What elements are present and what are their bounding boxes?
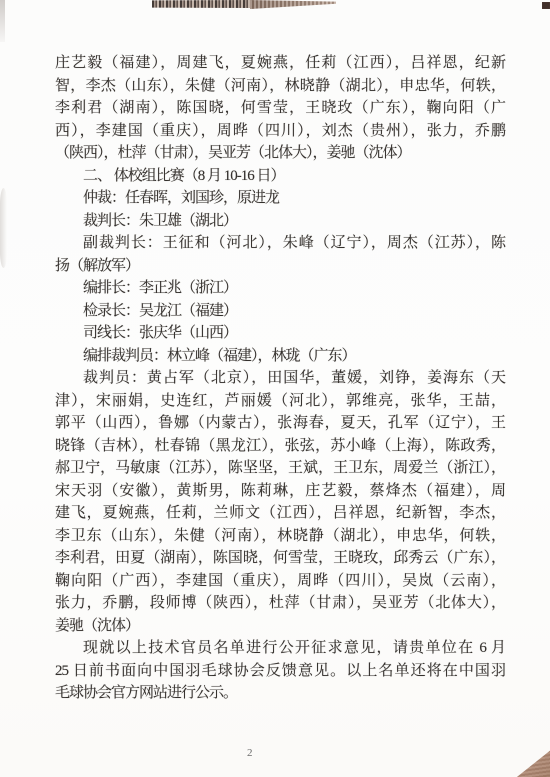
text-line: 扬（解放军） xyxy=(55,255,505,278)
text-line: 晓锋（吉林），杜春锦（黑龙江），张弦，苏小峰（上海），陈政秀， xyxy=(55,435,505,458)
text-line: 编排长：李正兆（浙江） xyxy=(55,277,505,300)
text-line: 李利君（湖南），陈国晓，何雪莹，王晓玫（广东），鞠向阳（广 xyxy=(55,97,505,120)
text-line: 副裁判长：王征和（河北），朱峰（辽宁），周杰（江苏），陈 xyxy=(55,232,505,255)
page-number: 2 xyxy=(247,747,253,759)
text-line: 张力，乔鹏，段师博（陕西），杜萍（甘肃），吴亚芳（北体大）， xyxy=(55,592,505,615)
text-line: 郭平（山西），鲁娜（内蒙古），张海春，夏天，孔军（辽宁），王 xyxy=(55,412,505,435)
text-line: 毛球协会官方网站进行公示。 xyxy=(55,682,505,705)
text-line: 郝卫宁，马敏康（江苏），陈坚坚，王斌，王卫东，周爱兰（浙江）， xyxy=(55,457,505,480)
bottom-right-corner-artifact xyxy=(514,749,550,777)
text-line: 检录长：吴龙江（福建） xyxy=(55,300,505,323)
text-line: （陕西），杜萍（甘肃），吴亚芳（北体大），姜驰（沈体） xyxy=(55,142,505,165)
binding-marks-artifact xyxy=(152,0,252,8)
text-line: 司线长：张庆华（山西） xyxy=(55,322,505,345)
binding-shadow-artifact xyxy=(250,0,336,9)
text-line: 现就以上技术官员名单进行公开征求意见，请贵单位在 6 月 xyxy=(55,637,505,660)
text-line: 西），李建国（重庆），周晔（四川），刘杰（贵州），张力，乔鹏 xyxy=(55,120,505,143)
text-line: 智，李杰（山东），朱健（河南），林晓静（湖北），申忠华，何轶， xyxy=(55,75,505,98)
text-line: 李卫东（山东），朱健（河南），林晓静（湖北），申忠华，何轶， xyxy=(55,525,505,548)
text-line: 鞠向阳（广西），李建国（重庆），周晔（四川），吴岚（云南）， xyxy=(55,570,505,593)
text-line: 裁判长：朱卫雄（湖北） xyxy=(55,210,505,233)
text-line: 津），宋丽娟，史连红，芦丽媛（河北），郭维亮，张华，王喆， xyxy=(55,390,505,413)
text-line: 庄艺毅（福建），周建飞，夏婉燕，任莉（江西），吕祥恩，纪新 xyxy=(55,52,505,75)
top-right-mark-artifact xyxy=(542,2,550,9)
document-text: 庄艺毅（福建），周建飞，夏婉燕，任莉（江西），吕祥恩，纪新智，李杰（山东），朱健… xyxy=(55,52,505,705)
text-line: 李利君，田夏（湖南），陈国晓，何雪莹，王晓玫，邱秀云（广东）， xyxy=(55,547,505,570)
text-line: 25 日前书面向中国羽毛球协会反馈意见。以上名单还将在中国羽 xyxy=(55,660,505,683)
text-line: 宋天羽（安徽），黄斯男，陈莉琳，庄艺毅，蔡烽杰（福建），周 xyxy=(55,480,505,503)
text-line: 建飞，夏婉燕，任莉，兰师文（江西），吕祥恩，纪新智，李杰， xyxy=(55,502,505,525)
left-edge-smudge-artifact xyxy=(0,188,7,268)
text-line: 二、 体校组比赛（8 月 10-16 日） xyxy=(55,165,505,188)
text-line: 姜驰（沈体） xyxy=(55,615,505,638)
text-line: 编排裁判员：林立峰（福建），林珑（广东） xyxy=(55,345,505,368)
text-line: 裁判员：黄占军（北京），田国华，董媛，刘铮，姜海东（天 xyxy=(55,367,505,390)
left-edge-smudge-artifact xyxy=(0,0,5,42)
scanned-document-page: 庄艺毅（福建），周建飞，夏婉燕，任莉（江西），吕祥恩，纪新智，李杰（山东），朱健… xyxy=(0,0,550,777)
text-line: 仲裁：任春晖，刘国珍，原进龙 xyxy=(55,187,505,210)
